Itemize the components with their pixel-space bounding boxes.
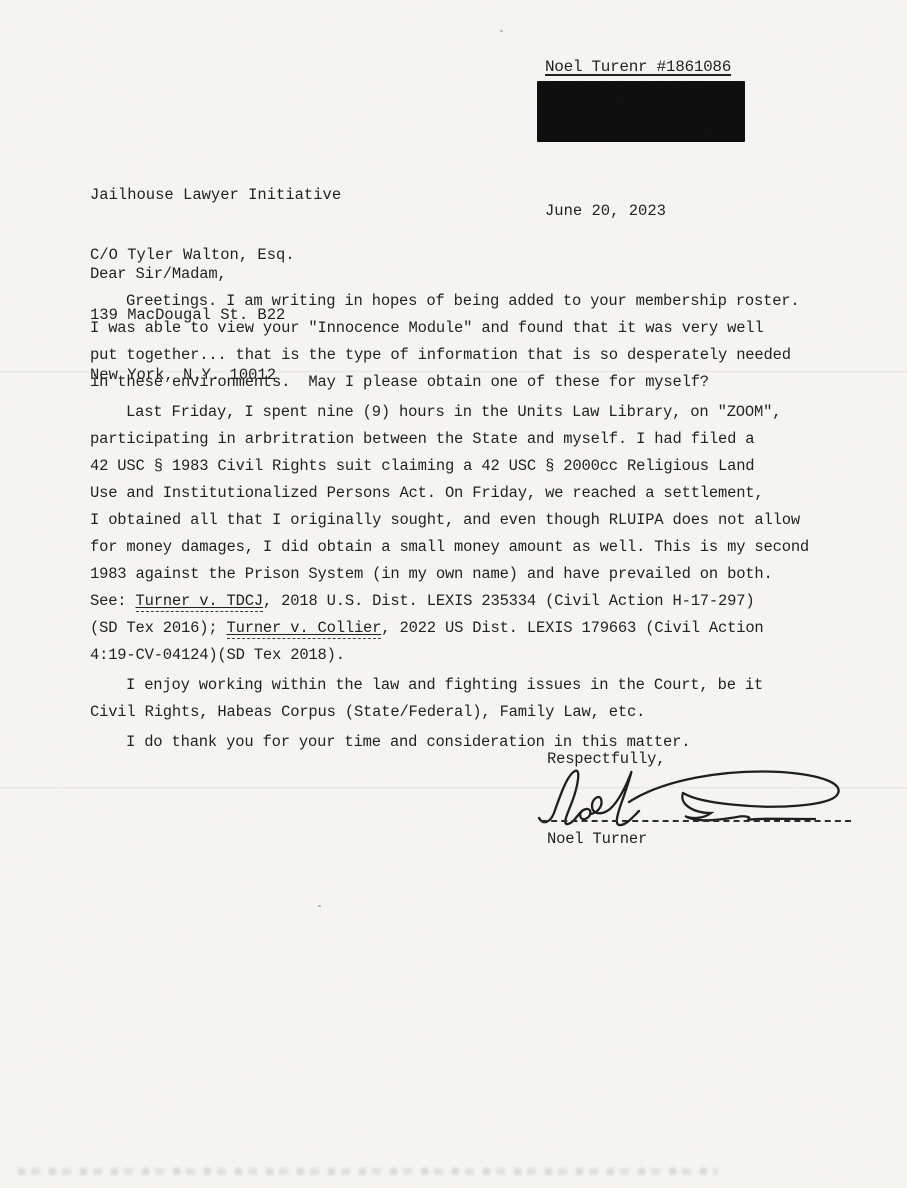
citation-line: See: Turner v. TDCJ, 2018 U.S. Dist. LEX… (90, 588, 860, 615)
citation-prefix: (SD Tex 2016); (90, 619, 227, 637)
letter-body: Dear Sir/Madam, Greetings. I am writing … (90, 261, 860, 756)
signature-line (541, 820, 851, 822)
letter-date: June 20, 2023 (545, 202, 666, 220)
body-line: put together... that is the type of info… (90, 342, 860, 369)
scanned-letter-page: Noel Turenr #1861086 Jailhouse Lawyer In… (0, 0, 907, 1188)
scan-speck (500, 30, 503, 32)
body-line: for money damages, I did obtain a small … (90, 534, 860, 561)
body-line: I obtained all that I originally sought,… (90, 507, 860, 534)
bleed-through-artifact (18, 1168, 718, 1175)
case-name-turner-v-tdcj: Turner v. TDCJ (136, 592, 263, 612)
inmate-name-number: Noel Turenr #1861086 (545, 58, 731, 76)
citation-detail: , 2018 U.S. Dist. LEXIS 235334 (Civil Ac… (263, 592, 754, 610)
redaction-box (537, 81, 745, 142)
salutation: Dear Sir/Madam, (90, 261, 860, 288)
body-line: participating in arbritration between th… (90, 426, 860, 453)
body-line: Greetings. I am writing in hopes of bein… (90, 288, 860, 315)
body-line: 4:19-CV-04124)(SD Tex 2018). (90, 642, 860, 669)
body-line: 1983 against the Prison System (in my ow… (90, 561, 860, 588)
body-line: I was able to view your "Innocence Modul… (90, 315, 860, 342)
case-name-turner-v-collier: Turner v. Collier (227, 619, 382, 639)
body-line: Last Friday, I spent nine (9) hours in t… (90, 399, 860, 426)
body-line: I enjoy working within the law and fight… (90, 672, 860, 699)
body-line: Civil Rights, Habeas Corpus (State/Feder… (90, 699, 860, 726)
citation-line: (SD Tex 2016); Turner v. Collier, 2022 U… (90, 615, 860, 642)
citation-prefix: See: (90, 592, 136, 610)
body-line: Use and Institutionalized Persons Act. O… (90, 480, 860, 507)
body-line: in these environments. May I please obta… (90, 369, 860, 396)
body-line: 42 USC § 1983 Civil Rights suit claiming… (90, 453, 860, 480)
scan-speck (318, 905, 321, 907)
address-line: Jailhouse Lawyer Initiative (90, 185, 341, 205)
signed-name: Noel Turner (547, 830, 647, 848)
citation-detail: , 2022 US Dist. LEXIS 179663 (Civil Acti… (381, 619, 763, 637)
closing-block: Respectfully, Noel Turner (545, 750, 885, 860)
